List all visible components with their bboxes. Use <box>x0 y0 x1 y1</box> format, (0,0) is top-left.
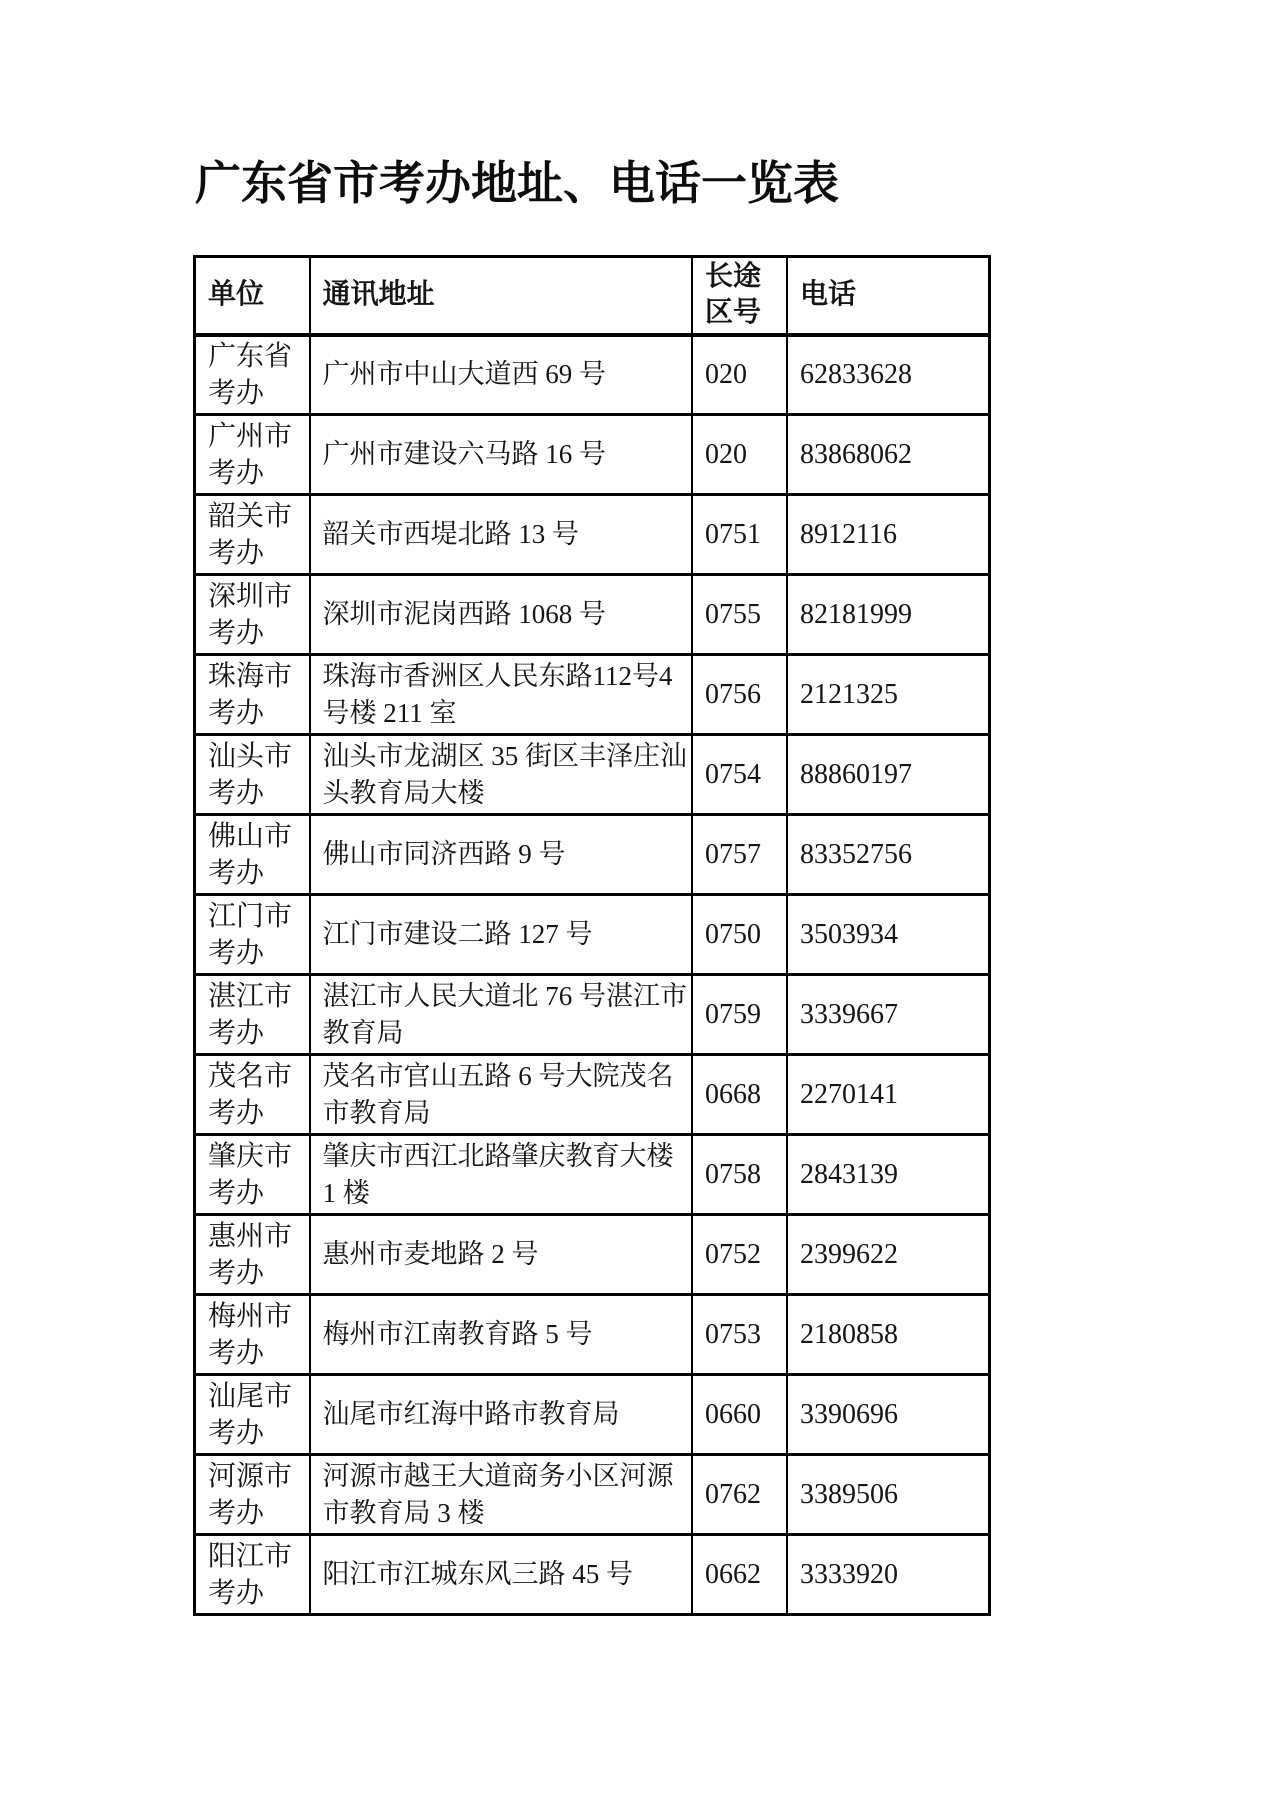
address-cell: 广州市建设六马路 16 号 <box>310 415 693 495</box>
header-unit: 单位 <box>195 257 310 335</box>
table-row: 广州市 考办广州市建设六马路 16 号02083868062 <box>195 415 990 495</box>
table-row: 江门市 考办江门市建设二路 127 号07503503934 <box>195 895 990 975</box>
address-cell: 佛山市同济西路 9 号 <box>310 815 693 895</box>
phone-cell: 62833628 <box>787 335 989 415</box>
address-cell: 珠海市香洲区人民东路112号4 号楼 211 室 <box>310 655 693 735</box>
phone-cell: 2121325 <box>787 655 989 735</box>
header-phone: 电话 <box>787 257 989 335</box>
unit-cell: 茂名市 考办 <box>195 1055 310 1135</box>
area-code-cell: 0662 <box>692 1535 787 1615</box>
address-cell: 肇庆市西江北路肇庆教育大楼 1 楼 <box>310 1135 693 1215</box>
unit-cell: 珠海市 考办 <box>195 655 310 735</box>
contact-table: 单位 通讯地址 长途 区号 电话 广东省 考办广州市中山大道西 69 号0206… <box>193 255 991 1616</box>
area-code-cell: 0751 <box>692 495 787 575</box>
phone-cell: 3339667 <box>787 975 989 1055</box>
header-area-code: 长途 区号 <box>692 257 787 335</box>
area-code-cell: 0758 <box>692 1135 787 1215</box>
area-code-cell: 0668 <box>692 1055 787 1135</box>
area-code-cell: 0759 <box>692 975 787 1055</box>
unit-cell: 韶关市 考办 <box>195 495 310 575</box>
phone-cell: 3390696 <box>787 1375 989 1455</box>
table-row: 惠州市 考办惠州市麦地路 2 号07522399622 <box>195 1215 990 1295</box>
area-code-cell: 0752 <box>692 1215 787 1295</box>
area-code-cell: 0755 <box>692 575 787 655</box>
unit-cell: 阳江市 考办 <box>195 1535 310 1615</box>
area-code-cell: 0754 <box>692 735 787 815</box>
unit-cell: 广州市 考办 <box>195 415 310 495</box>
area-code-cell: 0756 <box>692 655 787 735</box>
phone-cell: 3503934 <box>787 895 989 975</box>
area-code-cell: 0762 <box>692 1455 787 1535</box>
table-row: 河源市 考办河源市越王大道商务小区河源 市教育局 3 楼07623389506 <box>195 1455 990 1535</box>
unit-cell: 梅州市 考办 <box>195 1295 310 1375</box>
unit-cell: 广东省 考办 <box>195 335 310 415</box>
address-cell: 梅州市江南教育路 5 号 <box>310 1295 693 1375</box>
table-row: 珠海市 考办珠海市香洲区人民东路112号4 号楼 211 室0756212132… <box>195 655 990 735</box>
unit-cell: 河源市 考办 <box>195 1455 310 1535</box>
area-code-cell: 0753 <box>692 1295 787 1375</box>
table-row: 肇庆市 考办肇庆市西江北路肇庆教育大楼 1 楼07582843139 <box>195 1135 990 1215</box>
table-row: 深圳市 考办深圳市泥岗西路 1068 号075582181999 <box>195 575 990 655</box>
area-code-cell: 020 <box>692 335 787 415</box>
unit-cell: 湛江市 考办 <box>195 975 310 1055</box>
unit-cell: 深圳市 考办 <box>195 575 310 655</box>
address-cell: 阳江市江城东风三路 45 号 <box>310 1535 693 1615</box>
address-cell: 韶关市西堤北路 13 号 <box>310 495 693 575</box>
phone-cell: 83352756 <box>787 815 989 895</box>
unit-cell: 佛山市 考办 <box>195 815 310 895</box>
address-cell: 河源市越王大道商务小区河源 市教育局 3 楼 <box>310 1455 693 1535</box>
unit-cell: 惠州市 考办 <box>195 1215 310 1295</box>
area-code-cell: 0660 <box>692 1375 787 1455</box>
phone-cell: 82181999 <box>787 575 989 655</box>
page-title: 广东省市考办地址、电话一览表 <box>195 160 839 208</box>
table-row: 汕尾市 考办汕尾市红海中路市教育局06603390696 <box>195 1375 990 1455</box>
address-cell: 汕头市龙湖区 35 街区丰泽庄汕 头教育局大楼 <box>310 735 693 815</box>
address-cell: 江门市建设二路 127 号 <box>310 895 693 975</box>
area-code-cell: 020 <box>692 415 787 495</box>
table-row: 广东省 考办广州市中山大道西 69 号02062833628 <box>195 335 990 415</box>
address-cell: 汕尾市红海中路市教育局 <box>310 1375 693 1455</box>
table-header: 单位 通讯地址 长途 区号 电话 <box>195 257 990 335</box>
table-row: 茂名市 考办茂名市官山五路 6 号大院茂名 市教育局06682270141 <box>195 1055 990 1135</box>
table-row: 汕头市 考办汕头市龙湖区 35 街区丰泽庄汕 头教育局大楼07548886019… <box>195 735 990 815</box>
table-body: 广东省 考办广州市中山大道西 69 号02062833628广州市 考办广州市建… <box>195 335 990 1615</box>
phone-cell: 2399622 <box>787 1215 989 1295</box>
address-cell: 广州市中山大道西 69 号 <box>310 335 693 415</box>
unit-cell: 汕头市 考办 <box>195 735 310 815</box>
phone-cell: 3333920 <box>787 1535 989 1615</box>
address-cell: 湛江市人民大道北 76 号湛江市 教育局 <box>310 975 693 1055</box>
phone-cell: 2270141 <box>787 1055 989 1135</box>
phone-cell: 3389506 <box>787 1455 989 1535</box>
unit-cell: 江门市 考办 <box>195 895 310 975</box>
phone-cell: 2843139 <box>787 1135 989 1215</box>
table-row: 韶关市 考办韶关市西堤北路 13 号07518912116 <box>195 495 990 575</box>
phone-cell: 88860197 <box>787 735 989 815</box>
unit-cell: 肇庆市 考办 <box>195 1135 310 1215</box>
area-code-cell: 0757 <box>692 815 787 895</box>
area-code-cell: 0750 <box>692 895 787 975</box>
table-row: 佛山市 考办佛山市同济西路 9 号075783352756 <box>195 815 990 895</box>
table-row: 湛江市 考办湛江市人民大道北 76 号湛江市 教育局07593339667 <box>195 975 990 1055</box>
table-row: 阳江市 考办阳江市江城东风三路 45 号06623333920 <box>195 1535 990 1615</box>
header-address: 通讯地址 <box>310 257 693 335</box>
table-row: 梅州市 考办梅州市江南教育路 5 号07532180858 <box>195 1295 990 1375</box>
phone-cell: 8912116 <box>787 495 989 575</box>
address-cell: 惠州市麦地路 2 号 <box>310 1215 693 1295</box>
phone-cell: 83868062 <box>787 415 989 495</box>
phone-cell: 2180858 <box>787 1295 989 1375</box>
header-row: 单位 通讯地址 长途 区号 电话 <box>195 257 990 335</box>
unit-cell: 汕尾市 考办 <box>195 1375 310 1455</box>
address-cell: 茂名市官山五路 6 号大院茂名 市教育局 <box>310 1055 693 1135</box>
address-cell: 深圳市泥岗西路 1068 号 <box>310 575 693 655</box>
